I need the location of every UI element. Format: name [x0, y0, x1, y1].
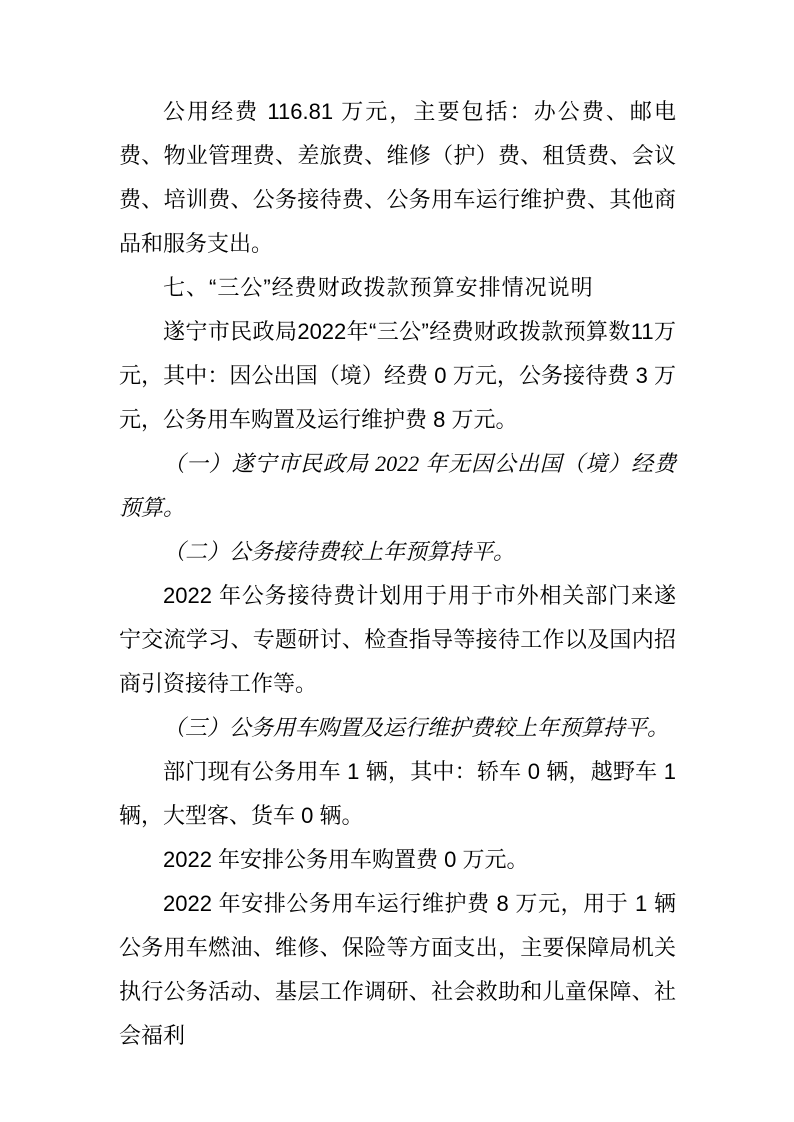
paragraph-vehicle-purchase-budget: 2022 年安排公务用车购置费 0 万元。	[119, 838, 676, 882]
subitem-1-overseas-trips: （一）遂宁市民政局 2022 年无因公出国（境）经费预算。	[119, 442, 676, 530]
paragraph-three-public-budget-total: 遂宁市民政局2022年“三公”经费财政拨款预算数11万元，其中：因公出国（境）经…	[119, 310, 676, 442]
document-body: 公用经费 116.81 万元，主要包括：办公费、邮电费、物业管理费、差旅费、维修…	[119, 90, 676, 1058]
document-page: 公用经费 116.81 万元，主要包括：办公费、邮电费、物业管理费、差旅费、维修…	[0, 0, 794, 1122]
paragraph-vehicle-inventory: 部门现有公务用车 1 辆，其中：轿车 0 辆，越野车 1 辆，大型客、货车 0 …	[119, 750, 676, 838]
section-heading-three-public-expenses: 七、“三公”经费财政拨款预算安排情况说明	[119, 266, 676, 310]
paragraph-public-funds: 公用经费 116.81 万元，主要包括：办公费、邮电费、物业管理费、差旅费、维修…	[119, 90, 676, 266]
paragraph-vehicle-maintenance-budget: 2022 年安排公务用车运行维护费 8 万元，用于 1 辆公务用车燃油、维修、保…	[119, 882, 676, 1058]
subitem-3-official-vehicles: （三）公务用车购置及运行维护费较上年预算持平。	[119, 706, 676, 750]
paragraph-reception-usage: 2022 年公务接待费计划用于用于市外相关部门来遂宁交流学习、专题研讨、检查指导…	[119, 574, 676, 706]
subitem-2-official-reception: （二）公务接待费较上年预算持平。	[119, 530, 676, 574]
